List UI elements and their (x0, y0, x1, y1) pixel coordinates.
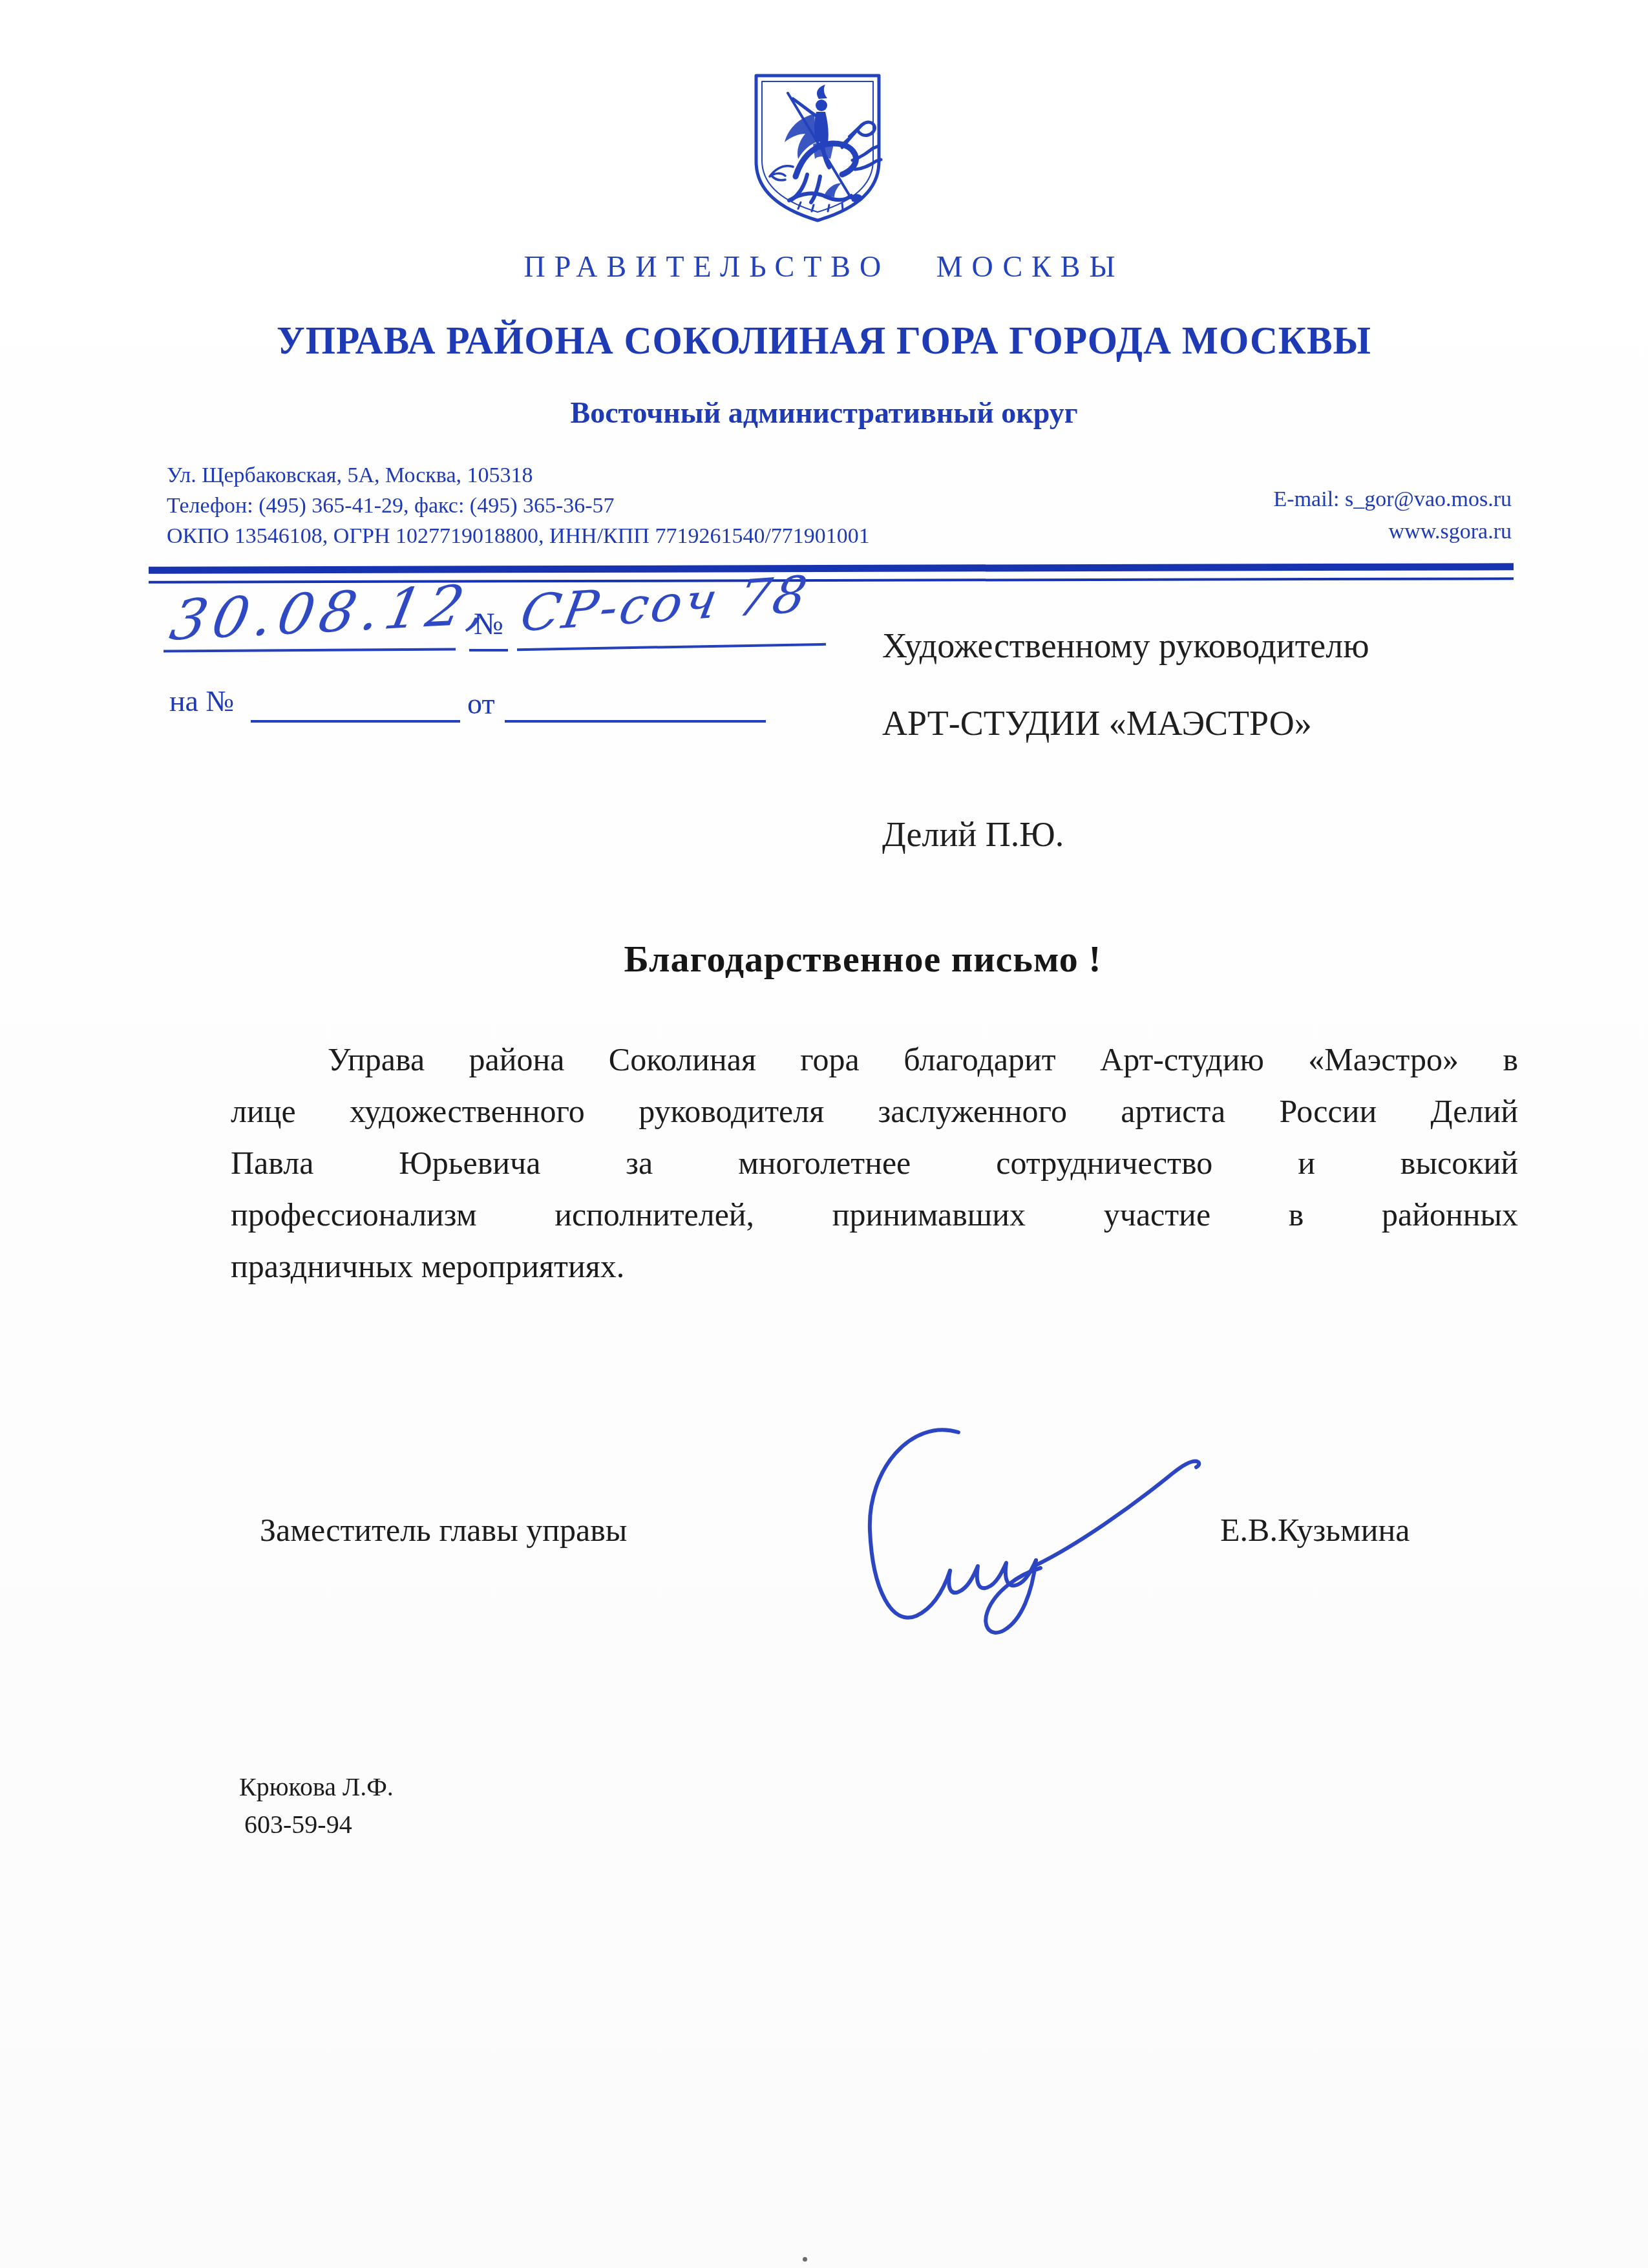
body-line: лице художественного руководителя заслуж… (231, 1091, 1518, 1143)
website-line: www.sgora.ru (1274, 516, 1512, 548)
body-line: Управа района Соколиная гора благодарит … (231, 1039, 1518, 1091)
registration-codes-line: ОКПО 13546108, ОГРН 1027719018800, ИНН/К… (167, 521, 870, 551)
executor-name: Крюкова Л.Ф. (239, 1768, 394, 1806)
body-line: профессионализм исполнителей, принимавши… (231, 1194, 1518, 1246)
handwritten-number: СР-соч 78 (516, 566, 814, 643)
email-block: E-mail: s_gor@vao.mos.ru www.sgora.ru (1274, 483, 1512, 548)
district-subtitle: Восточный административный округ (0, 396, 1648, 430)
letterhead-rule-thick (149, 563, 1514, 574)
number-underline (517, 643, 826, 651)
phone-fax-line: Телефон: (495) 365-41-29, факс: (495) 36… (167, 491, 870, 521)
reply-to-number-label: на № (169, 684, 234, 718)
reply-date-underline (505, 720, 766, 723)
executor-phone: 603-59-94 (239, 1806, 394, 1843)
moscow-coat-of-arms-icon (752, 71, 883, 225)
scan-artifact-dot (803, 2257, 807, 2262)
scanned-letter-page: ПРАВИТЕЛЬСТВО МОСКВЫ УПРАВА РАЙОНА СОКОЛ… (0, 0, 1648, 2268)
body-line: Павла Юрьевича за многолетнее сотрудниче… (231, 1143, 1518, 1194)
number-sign: № (474, 606, 503, 642)
letter-body: Управа района Соколиная гора благодарит … (231, 1039, 1518, 1298)
recipient-organization: АРТ-СТУДИИ «МАЭСТРО» (882, 703, 1369, 743)
letter-title: Благодарственное письмо ! (0, 937, 1648, 980)
signer-position: Заместитель главы управы (260, 1511, 627, 1549)
organization-title: УПРАВА РАЙОНА СОКОЛИНАЯ ГОРА ГОРОДА МОСК… (33, 318, 1615, 364)
reply-from-label: от (467, 686, 495, 721)
recipient-name: Делий П.Ю. (882, 814, 1369, 854)
handwritten-date: 30.08.12, (165, 572, 499, 653)
number-sign-underline (469, 649, 508, 652)
email-line: E-mail: s_gor@vao.mos.ru (1274, 483, 1512, 516)
handwritten-signature (795, 1403, 1215, 1677)
government-title: ПРАВИТЕЛЬСТВО МОСКВЫ (0, 249, 1648, 284)
body-line: праздничных мероприятиях. (231, 1246, 1518, 1298)
contact-block: Ул. Щербаковская, 5А, Москва, 105318 Тел… (167, 460, 870, 551)
address-line: Ул. Щербаковская, 5А, Москва, 105318 (167, 460, 870, 491)
recipient-block: Художественному руководителю АРТ-СТУДИИ … (882, 626, 1369, 854)
reply-number-underline (251, 720, 460, 723)
recipient-position: Художественному руководителю (882, 626, 1369, 666)
executor-block: Крюкова Л.Ф. 603-59-94 (239, 1768, 394, 1843)
signer-name: Е.В.Кузьмина (1220, 1511, 1410, 1549)
